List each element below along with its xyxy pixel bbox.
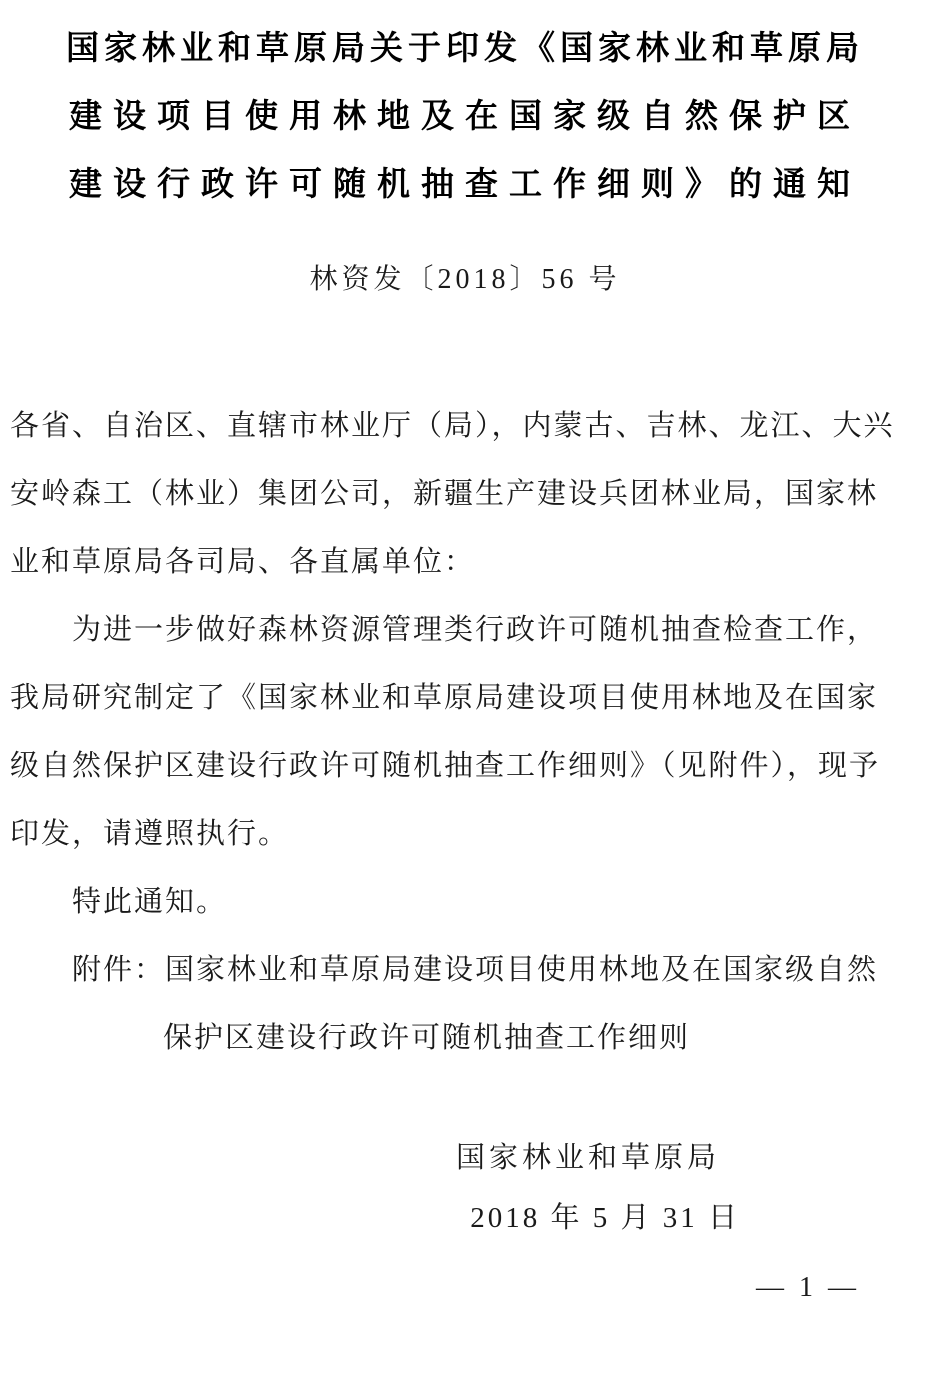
- body-line-4: 印发，请遵照执行。: [10, 800, 920, 868]
- document-body: 各省、自治区、直辖市林业厅（局），内蒙古、吉林、龙江、大兴 安岭森工（林业）集团…: [10, 392, 920, 1072]
- salutation-line-2: 安岭森工（林业）集团公司，新疆生产建设兵团林业局，国家林: [10, 460, 920, 528]
- title-line-3: 建设行政许可随机抽查工作细则》的通知: [10, 150, 920, 218]
- date: 2018 年 5 月 31 日: [10, 1188, 920, 1248]
- salutation-line-1: 各省、自治区、直辖市林业厅（局），内蒙古、吉林、龙江、大兴: [10, 392, 920, 460]
- closing-line: 特此通知。: [10, 868, 920, 936]
- signature: 国家林业和草原局: [10, 1128, 920, 1188]
- document-title: 国家林业和草原局关于印发《国家林业和草原局 建设项目使用林地及在国家级自然保护区…: [10, 14, 920, 218]
- title-line-2: 建设项目使用林地及在国家级自然保护区: [10, 82, 920, 150]
- salutation-line-3: 业和草原局各司局、各直属单位：: [10, 528, 920, 596]
- body-line-1: 为进一步做好森林资源管理类行政许可随机抽查检查工作，: [10, 596, 920, 664]
- attachment-line-2: 保护区建设行政许可随机抽查工作细则: [10, 1004, 920, 1072]
- body-line-2: 我局研究制定了《国家林业和草原局建设项目使用林地及在国家: [10, 664, 920, 732]
- attachment-line-1: 附件：国家林业和草原局建设项目使用林地及在国家级自然: [10, 936, 920, 1004]
- body-line-3: 级自然保护区建设行政许可随机抽查工作细则》（见附件），现予: [10, 732, 920, 800]
- doc-number: 林资发〔2018〕56 号: [10, 246, 920, 314]
- document-page: 国家林业和草原局关于印发《国家林业和草原局 建设项目使用林地及在国家级自然保护区…: [0, 0, 930, 1379]
- page-number: — 1 —: [756, 1272, 860, 1304]
- title-line-1: 国家林业和草原局关于印发《国家林业和草原局: [10, 14, 920, 82]
